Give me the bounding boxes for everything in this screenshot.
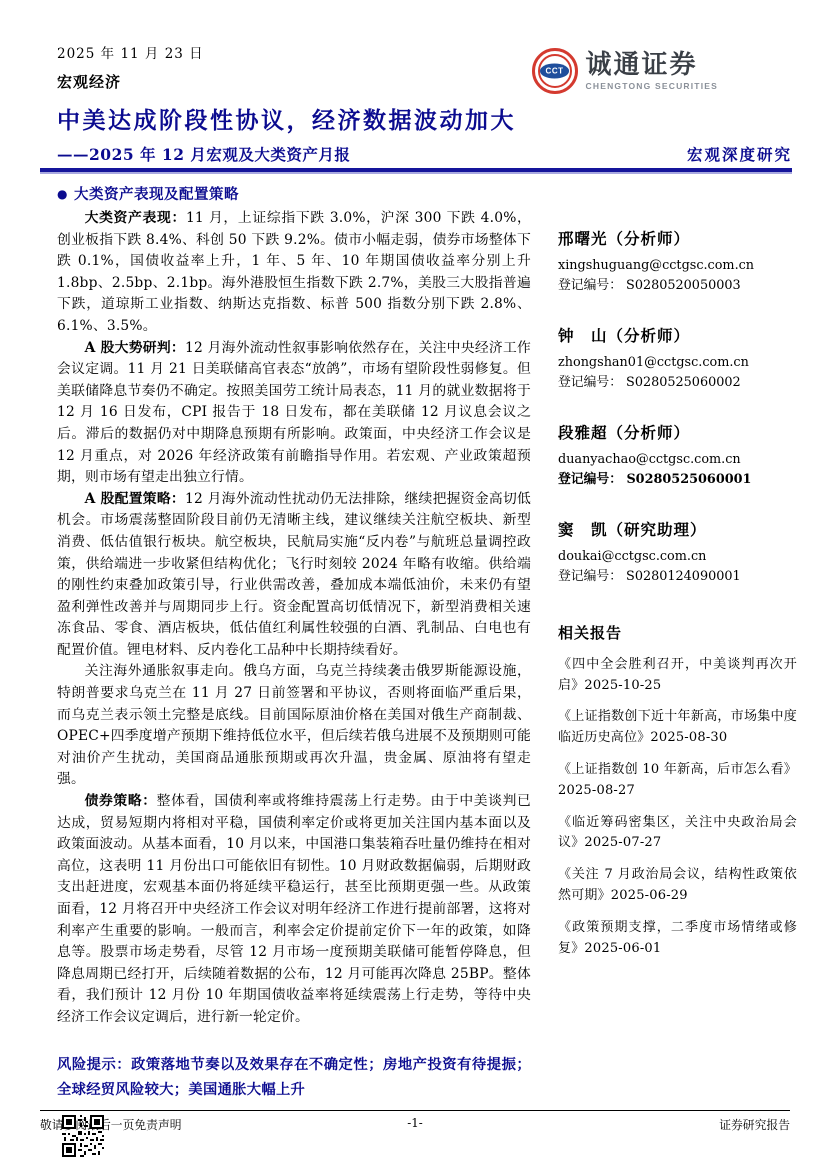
- subtitle-row: ——2025 年 12 月宏观及大类资产月报 宏观深度研究: [57, 143, 792, 165]
- report-date: 2025 年 11 月 23 日: [57, 42, 204, 62]
- brand-badge: CCT: [540, 64, 570, 79]
- paragraph-lead: 债券策略：: [85, 793, 157, 809]
- page-subtitle: ——2025 年 12 月宏观及大类资产月报: [57, 143, 350, 165]
- paragraph-lead: 大类资产表现：: [85, 210, 186, 226]
- footer-page-number: -1-: [40, 1116, 790, 1130]
- paragraph-asset-performance: 大类资产表现：11 月，上证综指下跌 3.0%，沪深 300 下跌 4.0%，创…: [57, 208, 531, 338]
- paragraph-lead: A 股大势研判：: [85, 340, 185, 356]
- brand-logo: CCT 诚通证券 CHENGTONG SECURITIES: [532, 48, 718, 94]
- report-category: 宏观经济: [57, 71, 204, 92]
- analyst-registration: 登记编号： S0280525060001: [558, 470, 797, 490]
- analyst-card: 邢曙光（分析师） xingshuguang@cctgsc.com.cn 登记编号…: [558, 227, 797, 297]
- analyst-name: 邢曙光（分析师）: [558, 227, 797, 249]
- analyst-name: 段雅超（分析师）: [558, 421, 797, 443]
- page-title: 中美达成阶段性协议，经济数据波动加大: [57, 102, 516, 135]
- paragraph-overseas-inflation: 关注海外通胀叙事走向。俄乌方面，乌克兰持续袭击俄罗斯能源设施，特朗普要求乌克兰在…: [57, 661, 531, 791]
- paragraph-text: 关注海外通胀叙事走向。俄乌方面，乌克兰持续袭击俄罗斯能源设施，特朗普要求乌克兰在…: [57, 663, 531, 787]
- section-heading: ●大类资产表现及配置策略: [57, 183, 531, 204]
- footer-label: 证券研究报告: [719, 1116, 790, 1133]
- paragraph-text: 11 月，上证综指下跌 3.0%，沪深 300 下跌 4.0%，创业板指下跌 8…: [57, 210, 531, 334]
- brand-text: 诚通证券 CHENGTONG SECURITIES: [586, 52, 718, 91]
- analyst-card: 钟 山（分析师） zhongshan01@cctgsc.com.cn 登记编号：…: [558, 324, 797, 394]
- paragraph-lead: A 股配置策略：: [85, 491, 185, 507]
- footer-divider: [40, 1110, 790, 1111]
- risk-notice: 风险提示：政策落地节奏以及效果存在不确定性；房地产投资有待提振；全球经贸风险较大…: [57, 1053, 531, 1103]
- brand-name-cn: 诚通证券: [586, 52, 718, 78]
- bullet-icon: ●: [57, 187, 68, 201]
- brand-logo-icon: CCT: [532, 48, 578, 94]
- related-report-item: 《上证指数创 10 年新高，后市怎么看》2025-08-27: [558, 760, 797, 802]
- analyst-email: xingshuguang@cctgsc.com.cn: [558, 256, 797, 276]
- analyst-card: 段雅超（分析师） duanyachao@cctgsc.com.cn 登记编号： …: [558, 421, 797, 491]
- analyst-card: 窦 凯（研究助理） doukai@cctgsc.com.cn 登记编号： S02…: [558, 518, 797, 588]
- analyst-email: zhongshan01@cctgsc.com.cn: [558, 353, 797, 373]
- paragraph-a-share-outlook: A 股大势研判：12 月海外流动性叙事影响依然存在，关注中央经济工作会议定调。1…: [57, 338, 531, 489]
- sidebar-column: 邢曙光（分析师） xingshuguang@cctgsc.com.cn 登记编号…: [558, 183, 797, 1103]
- article-column: ●大类资产表现及配置策略 大类资产表现：11 月，上证综指下跌 3.0%，沪深 …: [57, 183, 531, 1103]
- analyst-registration: 登记编号： S0280525060002: [558, 373, 797, 393]
- related-reports: 相关报告 《四中全会胜利召开，中美谈判再次开启》2025-10-25 《上证指数…: [558, 622, 797, 960]
- qr-code-icon: [62, 1114, 104, 1158]
- analyst-email: doukai@cctgsc.com.cn: [558, 547, 797, 567]
- related-report-item: 《临近筹码密集区，关注中央政治局会议》2025-07-27: [558, 813, 797, 855]
- analyst-name: 钟 山（分析师）: [558, 324, 797, 346]
- brand-name-en: CHENGTONG SECURITIES: [586, 81, 718, 91]
- paragraph-text: 12 月海外流动性叙事影响依然存在，关注中央经济工作会议定调。11 月 21 日…: [57, 340, 531, 486]
- header-left: 2025 年 11 月 23 日 宏观经济: [57, 42, 204, 92]
- related-report-item: 《四中全会胜利召开，中美谈判再次开启》2025-10-25: [558, 655, 797, 697]
- related-report-item: 《上证指数创下近十年新高，市场集中度临近历史高位》2025-08-30: [558, 707, 797, 749]
- report-type-tag: 宏观深度研究: [687, 143, 792, 165]
- analyst-name: 窦 凯（研究助理）: [558, 518, 797, 540]
- paragraph-bond-strategy: 债券策略：整体看，国债利率或将维持震荡上行走势。由于中美谈判已达成，贸易短期内将…: [57, 791, 531, 1029]
- main-content: ●大类资产表现及配置策略 大类资产表现：11 月，上证综指下跌 3.0%，沪深 …: [57, 183, 797, 1103]
- report-page: 2025 年 11 月 23 日 宏观经济 CCT 诚通证券 CHENGTONG…: [0, 0, 826, 1169]
- analyst-registration: 登记编号： S0280124090001: [558, 567, 797, 587]
- related-report-item: 《关注 7 月政治局会议，结构性政策依然可期》2025-06-29: [558, 865, 797, 907]
- analyst-email: duanyachao@cctgsc.com.cn: [558, 450, 797, 470]
- paragraph-text: 整体看，国债利率或将维持震荡上行走势。由于中美谈判已达成，贸易短期内将相对平稳，…: [57, 793, 531, 1025]
- analyst-registration: 登记编号： S0280520050003: [558, 276, 797, 296]
- paragraph-a-share-allocation: A 股配置策略：12 月海外流动性扰动仍无法排除，继续把握资金高切低机会。市场震…: [57, 489, 531, 662]
- section-heading-label: 大类资产表现及配置策略: [74, 186, 239, 203]
- header-divider: [40, 168, 792, 174]
- paragraph-text: 12 月海外流动性扰动仍无法排除，继续把握资金高切低机会。市场震荡整固阶段目前仍…: [57, 491, 531, 658]
- related-reports-heading: 相关报告: [558, 622, 797, 643]
- related-report-item: 《政策预期支撑，二季度市场情绪或修复》2025-06-01: [558, 918, 797, 960]
